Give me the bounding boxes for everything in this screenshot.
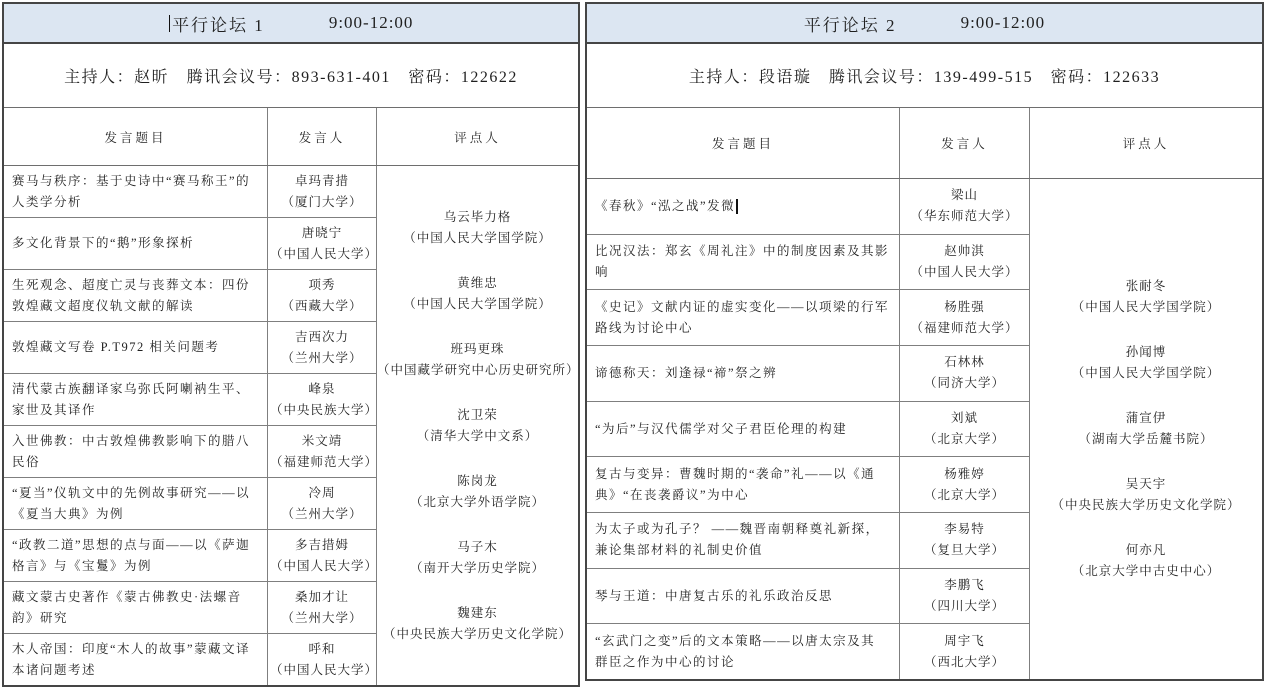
commentator-entry: 张耐冬 （中国人民大学国学院） (1072, 276, 1221, 318)
commentator-name: 何亦凡 (1072, 540, 1221, 561)
speaker-cell[interactable]: 梁山 （华东师范大学） (899, 179, 1029, 234)
topic-text: 琴与王道：中唐复古乐的礼乐政治反思 (595, 586, 833, 607)
forum-2-column-headers: 发言题目 发言人 评点人 (587, 108, 1262, 179)
speaker-affiliation: （西北大学） (924, 652, 1005, 673)
text-cursor (169, 15, 171, 32)
commentator-name: 吴天宇 (1051, 474, 1240, 495)
speaker-cell[interactable]: 李鹏飞 （四川大学） (899, 569, 1029, 624)
commentator-affiliation: （中央民族大学历史文化学院） (1051, 495, 1240, 516)
commentator-name: 蒲宣伊 (1078, 408, 1213, 429)
speaker-name: 唐晓宁 (302, 223, 343, 244)
speaker-affiliation: （华东师范大学） (910, 206, 1018, 227)
topic-cell[interactable]: 琴与王道：中唐复古乐的礼乐政治反思 (587, 569, 899, 624)
speaker-cell[interactable]: 桑加才让 （兰州大学） (267, 582, 376, 633)
column-header-commentator-label: 评点人 (454, 128, 501, 146)
speaker-name: 梁山 (951, 185, 978, 206)
commentator-name: 沈卫荣 (417, 405, 539, 426)
forum-1-table: 平行论坛 1 9:00-12:00 主持人：赵昕 腾讯会议号：893-631-4… (2, 2, 580, 687)
table-row: “夏当”仪轨文中的先例故事研究——以《夏当大典》为例 冷周 （兰州大学） (4, 478, 376, 530)
topic-text: 《春秋》“泓之战”发微 (595, 196, 735, 217)
topic-cell[interactable]: 敦煌藏文写卷 P.T972 相关问题考 (4, 322, 267, 373)
commentator-affiliation: （中国人民大学国学院） (403, 228, 552, 249)
topic-text: 生死观念、超度亡灵与丧葬文本：四份敦煌藏文超度仪轨文献的解读 (12, 275, 257, 317)
commentator-name: 班玛更珠 (377, 339, 578, 360)
forum-2-commentators-cell[interactable]: 张耐冬 （中国人民大学国学院） 孙闻博 （中国人民大学国学院） 蒲宣伊 （湖南大… (1029, 179, 1262, 679)
speaker-name: 周宇飞 (944, 631, 985, 652)
commentator-affiliation: （南开大学历史学院） (410, 558, 545, 579)
commentator-entry: 马子木 （南开大学历史学院） (410, 537, 545, 579)
table-row: 多文化背景下的“鹅”形象探析 唐晓宁 （中国人民大学） (4, 218, 376, 270)
table-row: “玄武门之变”后的文本策略——以唐太宗及其群臣之作为中心的讨论 周宇飞 （西北大… (587, 624, 1029, 679)
topic-text: 多文化背景下的“鹅”形象探析 (12, 233, 194, 254)
commentator-affiliation: （湖南大学岳麓书院） (1078, 429, 1213, 450)
forum-1-host-text: 主持人：赵昕 腾讯会议号：893-631-401 密码：122622 (64, 64, 518, 87)
table-row: 生死观念、超度亡灵与丧葬文本：四份敦煌藏文超度仪轨文献的解读 项秀 （西藏大学） (4, 270, 376, 322)
commentator-affiliation: （中国藏学研究中心历史研究所） (377, 360, 578, 381)
topic-cell[interactable]: 生死观念、超度亡灵与丧葬文本：四份敦煌藏文超度仪轨文献的解读 (4, 270, 267, 321)
topic-text: 比况汉法：郑玄《周礼注》中的制度因素及其影响 (595, 241, 889, 283)
topic-cell[interactable]: 复古与变异：曹魏时期的“袭命”礼——以《通典》“在丧袭爵议”为中心 (587, 457, 899, 512)
table-row: 木人帝国：印度“木人的故事”蒙藏文译本诸问题考述 呼和 （中国人民大学） (4, 634, 376, 685)
commentator-affiliation: （中国人民大学国学院） (403, 294, 552, 315)
column-header-commentator[interactable]: 评点人 (376, 108, 578, 165)
table-row: 为太子或为孔子？ ——魏晋南朝释奠礼新探，兼论集部材料的礼制史价值 李易特 （复… (587, 513, 1029, 569)
speaker-affiliation: （厦门大学） (281, 192, 362, 213)
column-header-speaker[interactable]: 发言人 (267, 108, 376, 165)
speaker-cell[interactable]: 唐晓宁 （中国人民大学） (267, 218, 376, 269)
speaker-name: 项秀 (308, 275, 335, 296)
speaker-cell[interactable]: 项秀 （西藏大学） (267, 270, 376, 321)
speaker-name: 李易特 (944, 519, 985, 540)
table-row: 复古与变异：曹魏时期的“袭命”礼——以《通典》“在丧袭爵议”为中心 杨雅婷 （北… (587, 457, 1029, 513)
commentator-entry: 孙闻博 （中国人民大学国学院） (1072, 342, 1221, 384)
speaker-name: 多吉措姆 (295, 535, 349, 556)
topic-text: 木人帝国：印度“木人的故事”蒙藏文译本诸问题考述 (12, 639, 257, 681)
forum-2-host-line[interactable]: 主持人：段语璇 腾讯会议号：139-499-515 密码：122633 (587, 44, 1262, 108)
speaker-name: 卓玛青措 (295, 171, 349, 192)
topic-text: 清代蒙古族翻译家乌弥氏阿喇衲生平、家世及其译作 (12, 379, 257, 421)
speaker-name: 赵帅淇 (944, 241, 985, 262)
topic-text: 《史记》文献内证的虚实变化——以项梁的行军路线为讨论中心 (595, 297, 889, 339)
speaker-cell[interactable]: 石林林 （同济大学） (899, 346, 1029, 401)
speaker-name: 冷周 (308, 483, 335, 504)
topic-text: 赛马与秩序：基于史诗中“赛马称王”的人类学分析 (12, 171, 257, 213)
commentator-affiliation: （北京大学外语学院） (410, 492, 545, 513)
topic-cell[interactable]: 为太子或为孔子？ ——魏晋南朝释奠礼新探，兼论集部材料的礼制史价值 (587, 513, 899, 568)
forum-2-title: 平行论坛 2 (804, 11, 897, 36)
forum-2-host-text: 主持人：段语璇 腾讯会议号：139-499-515 密码：122633 (689, 64, 1160, 87)
commentator-entry: 班玛更珠 （中国藏学研究中心历史研究所） (377, 339, 578, 381)
speaker-affiliation: （兰州大学） (281, 608, 362, 629)
commentator-name: 张耐冬 (1072, 276, 1221, 297)
commentator-affiliation: （中国人民大学国学院） (1072, 297, 1221, 318)
speaker-name: 李鹏飞 (944, 575, 985, 596)
speaker-cell[interactable]: 杨雅婷 （北京大学） (899, 457, 1029, 512)
column-header-topic-label: 发言题目 (104, 128, 166, 146)
commentator-name: 魏建东 (383, 603, 572, 624)
topic-cell[interactable]: 比况汉法：郑玄《周礼注》中的制度因素及其影响 (587, 235, 899, 290)
topic-text: 复古与变异：曹魏时期的“袭命”礼——以《通典》“在丧袭爵议”为中心 (595, 464, 889, 506)
topic-text: 藏文蒙古史著作《蒙古佛教史·法螺音韵》研究 (12, 587, 257, 629)
forum-1-rows: 赛马与秩序：基于史诗中“赛马称王”的人类学分析 卓玛青措 （厦门大学） 多文化背… (4, 166, 376, 685)
forum-2-body: 《春秋》“泓之战”发微 梁山 （华东师范大学） 比况汉法：郑玄《周礼注》中的制度… (587, 179, 1262, 679)
speaker-affiliation: （复旦大学） (924, 540, 1005, 561)
forum-2-rows: 《春秋》“泓之战”发微 梁山 （华东师范大学） 比况汉法：郑玄《周礼注》中的制度… (587, 179, 1029, 679)
topic-cell[interactable]: 谛德称天：刘逢禄“禘”祭之辨 (587, 346, 899, 401)
speaker-cell[interactable]: 卓玛青措 （厦门大学） (267, 166, 376, 217)
commentator-affiliation: （北京大学中古史中心） (1072, 561, 1221, 582)
commentator-entry: 沈卫荣 （清华大学中文系） (417, 405, 539, 447)
speaker-cell[interactable]: 多吉措姆 （中国人民大学） (267, 530, 376, 581)
topic-text: “夏当”仪轨文中的先例故事研究——以《夏当大典》为例 (12, 483, 257, 525)
speaker-name: 峰泉 (308, 379, 335, 400)
speaker-affiliation: （北京大学） (924, 485, 1005, 506)
topic-cell[interactable]: 入世佛教：中古敦煌佛教影响下的腊八民俗 (4, 426, 267, 477)
speaker-cell[interactable]: 赵帅淇 （中国人民大学） (899, 235, 1029, 290)
forum-1-time: 9:00-12:00 (329, 13, 414, 33)
speaker-name: 杨雅婷 (944, 464, 985, 485)
topic-cell[interactable]: 藏文蒙古史著作《蒙古佛教史·法螺音韵》研究 (4, 582, 267, 633)
speaker-name: 刘斌 (951, 408, 978, 429)
topic-cell[interactable]: 清代蒙古族翻译家乌弥氏阿喇衲生平、家世及其译作 (4, 374, 267, 425)
speaker-affiliation: （西藏大学） (281, 296, 362, 317)
column-header-commentator-label: 评点人 (1123, 134, 1170, 152)
table-row: 比况汉法：郑玄《周礼注》中的制度因素及其影响 赵帅淇 （中国人民大学） (587, 235, 1029, 291)
table-row: 敦煌藏文写卷 P.T972 相关问题考 吉西次力 （兰州大学） (4, 322, 376, 374)
commentator-entry: 陈岗龙 （北京大学外语学院） (410, 471, 545, 513)
commentator-entry: 乌云毕力格 （中国人民大学国学院） (403, 207, 552, 249)
document-page: 平行论坛 1 9:00-12:00 主持人：赵昕 腾讯会议号：893-631-4… (0, 0, 1266, 687)
commentator-entry: 黄维忠 （中国人民大学国学院） (403, 273, 552, 315)
commentator-name: 黄维忠 (403, 273, 552, 294)
column-header-topic[interactable]: 发言题目 (4, 108, 267, 165)
table-row: “政教二道”思想的点与面——以《萨迦格言》与《宝鬘》为例 多吉措姆 （中国人民大… (4, 530, 376, 582)
forum-1-host-line[interactable]: 主持人：赵昕 腾讯会议号：893-631-401 密码：122622 (4, 44, 578, 108)
table-row: 《春秋》“泓之战”发微 梁山 （华东师范大学） (587, 179, 1029, 235)
commentator-entry: 魏建东 （中央民族大学历史文化学院） (383, 603, 572, 645)
speaker-cell[interactable]: 峰泉 （中央民族大学） (267, 374, 376, 425)
speaker-cell[interactable]: 冷周 （兰州大学） (267, 478, 376, 529)
commentator-affiliation: （中央民族大学历史文化学院） (383, 624, 572, 645)
table-row: 琴与王道：中唐复古乐的礼乐政治反思 李鹏飞 （四川大学） (587, 569, 1029, 625)
commentator-affiliation: （中国人民大学国学院） (1072, 363, 1221, 384)
topic-cell[interactable]: “为后”与汉代儒学对父子君臣伦理的构建 (587, 402, 899, 457)
column-header-commentator[interactable]: 评点人 (1029, 108, 1262, 178)
topic-cell[interactable]: “夏当”仪轨文中的先例故事研究——以《夏当大典》为例 (4, 478, 267, 529)
topic-text: 为太子或为孔子？ ——魏晋南朝释奠礼新探，兼论集部材料的礼制史价值 (595, 519, 889, 561)
speaker-affiliation: （福建师范大学） (270, 452, 374, 473)
topic-cell[interactable]: 《春秋》“泓之战”发微 (587, 179, 899, 234)
speaker-affiliation: （四川大学） (924, 596, 1005, 617)
speaker-cell[interactable]: 杨胜强 （福建师范大学） (899, 290, 1029, 345)
topic-cell[interactable]: “玄武门之变”后的文本策略——以唐太宗及其群臣之作为中心的讨论 (587, 624, 899, 679)
topic-cell[interactable]: “政教二道”思想的点与面——以《萨迦格言》与《宝鬘》为例 (4, 530, 267, 581)
topic-cell[interactable]: 《史记》文献内证的虚实变化——以项梁的行军路线为讨论中心 (587, 290, 899, 345)
speaker-cell[interactable]: 周宇飞 （西北大学） (899, 624, 1029, 679)
speaker-affiliation: （福建师范大学） (910, 318, 1018, 339)
topic-text: “玄武门之变”后的文本策略——以唐太宗及其群臣之作为中心的讨论 (595, 631, 889, 673)
commentator-affiliation: （清华大学中文系） (417, 426, 539, 447)
forum-1-title: 平行论坛 1 (172, 11, 265, 36)
speaker-cell[interactable]: 李易特 （复旦大学） (899, 513, 1029, 568)
table-row: 清代蒙古族翻译家乌弥氏阿喇衲生平、家世及其译作 峰泉 （中央民族大学） (4, 374, 376, 426)
table-row: 谛德称天：刘逢禄“禘”祭之辨 石林林 （同济大学） (587, 346, 1029, 402)
column-header-speaker-label: 发言人 (299, 128, 346, 146)
speaker-name: 吉西次力 (295, 327, 349, 348)
speaker-affiliation: （兰州大学） (281, 504, 362, 525)
column-header-topic-label: 发言题目 (712, 134, 774, 152)
speaker-cell[interactable]: 刘斌 （北京大学） (899, 402, 1029, 457)
forum-2-time: 9:00-12:00 (961, 13, 1046, 33)
speaker-affiliation: （中国人民大学） (270, 244, 374, 265)
topic-text: “政教二道”思想的点与面——以《萨迦格言》与《宝鬘》为例 (12, 535, 257, 577)
speaker-cell[interactable]: 米文靖 （福建师范大学） (267, 426, 376, 477)
forum-2-title-bar[interactable]: 平行论坛 2 9:00-12:00 (587, 4, 1262, 44)
commentator-entry: 吴天宇 （中央民族大学历史文化学院） (1051, 474, 1240, 516)
text-cursor (736, 199, 738, 214)
speaker-name: 桑加才让 (295, 587, 349, 608)
topic-cell[interactable]: 多文化背景下的“鹅”形象探析 (4, 218, 267, 269)
speaker-name: 石林林 (944, 352, 985, 373)
speaker-affiliation: （中央民族大学） (270, 400, 374, 421)
topic-cell[interactable]: 木人帝国：印度“木人的故事”蒙藏文译本诸问题考述 (4, 634, 267, 685)
topic-text: 敦煌藏文写卷 P.T972 相关问题考 (12, 337, 219, 358)
forum-1-column-headers: 发言题目 发言人 评点人 (4, 108, 578, 166)
speaker-affiliation: （中国人民大学） (910, 262, 1018, 283)
forum-1-title-bar[interactable]: 平行论坛 1 9:00-12:00 (4, 4, 578, 44)
speaker-name: 米文靖 (302, 431, 343, 452)
forum-2-table: 平行论坛 2 9:00-12:00 主持人：段语璇 腾讯会议号：139-499-… (585, 2, 1264, 681)
speaker-name: 杨胜强 (944, 297, 985, 318)
speaker-affiliation: （同济大学） (924, 373, 1005, 394)
forum-1-body: 赛马与秩序：基于史诗中“赛马称王”的人类学分析 卓玛青措 （厦门大学） 多文化背… (4, 166, 578, 685)
column-header-speaker-label: 发言人 (941, 134, 988, 152)
commentator-entry: 何亦凡 （北京大学中古史中心） (1072, 540, 1221, 582)
speaker-affiliation: （中国人民大学） (270, 556, 374, 577)
forum-1-commentators-cell[interactable]: 乌云毕力格 （中国人民大学国学院） 黄维忠 （中国人民大学国学院） 班玛更珠 （… (376, 166, 578, 685)
table-row: “为后”与汉代儒学对父子君臣伦理的构建 刘斌 （北京大学） (587, 402, 1029, 458)
column-header-speaker[interactable]: 发言人 (899, 108, 1029, 178)
speaker-cell[interactable]: 吉西次力 （兰州大学） (267, 322, 376, 373)
commentator-name: 陈岗龙 (410, 471, 545, 492)
speaker-affiliation: （兰州大学） (281, 348, 362, 369)
table-row: 入世佛教：中古敦煌佛教影响下的腊八民俗 米文靖 （福建师范大学） (4, 426, 376, 478)
commentator-name: 马子木 (410, 537, 545, 558)
commentator-name: 乌云毕力格 (403, 207, 552, 228)
table-row: 赛马与秩序：基于史诗中“赛马称王”的人类学分析 卓玛青措 （厦门大学） (4, 166, 376, 218)
topic-text: “为后”与汉代儒学对父子君臣伦理的构建 (595, 419, 847, 440)
column-header-topic[interactable]: 发言题目 (587, 108, 899, 178)
topic-text: 入世佛教：中古敦煌佛教影响下的腊八民俗 (12, 431, 257, 473)
speaker-affiliation: （中国人民大学） (270, 660, 374, 681)
speaker-affiliation: （北京大学） (924, 429, 1005, 450)
commentator-name: 孙闻博 (1072, 342, 1221, 363)
commentator-entry: 蒲宣伊 （湖南大学岳麓书院） (1078, 408, 1213, 450)
table-row: 藏文蒙古史著作《蒙古佛教史·法螺音韵》研究 桑加才让 （兰州大学） (4, 582, 376, 634)
table-row: 《史记》文献内证的虚实变化——以项梁的行军路线为讨论中心 杨胜强 （福建师范大学… (587, 290, 1029, 346)
speaker-name: 呼和 (308, 639, 335, 660)
topic-cell[interactable]: 赛马与秩序：基于史诗中“赛马称王”的人类学分析 (4, 166, 267, 217)
speaker-cell[interactable]: 呼和 （中国人民大学） (267, 634, 376, 685)
topic-text: 谛德称天：刘逢禄“禘”祭之辨 (595, 363, 777, 384)
